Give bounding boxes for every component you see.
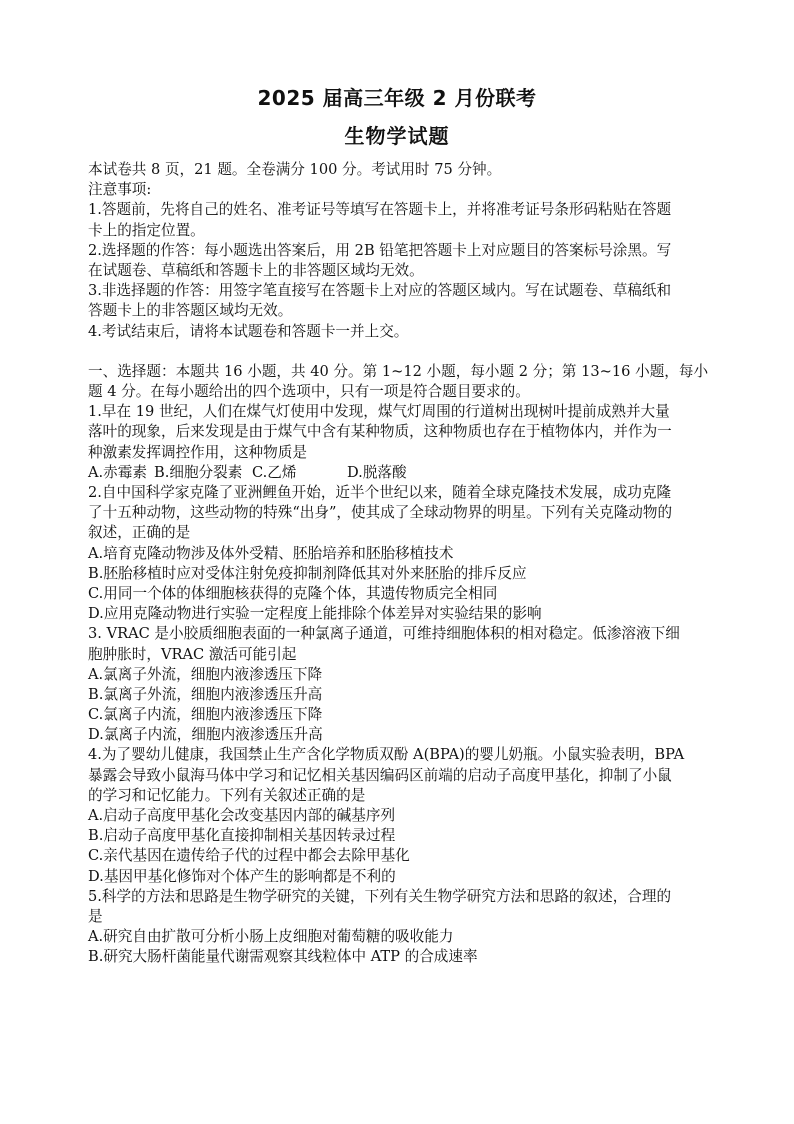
notice-heading: 注意事项: — [88, 180, 714, 200]
section-heading: 一、选择题：本题共 16 小题，共 40 分。第 1~12 小题，每小题 2 分… — [88, 362, 714, 402]
option-d: D.应用克隆动物进行实验一定程度上能排除个体差异对实验结果的影响 — [88, 604, 714, 624]
exam-subject-title: 生物学试题 — [0, 120, 794, 149]
option-c: C.亲代基因在遗传给子代的过程中都会去除甲基化 — [88, 846, 714, 866]
option-a: A.研究自由扩散可分析小肠上皮细胞对葡萄糖的吸收能力 — [88, 927, 714, 947]
notice-2: 2.选择题的作答：每小题选出答案后，用 2B 铅笔把答题卡上对应题目的答案标号涂… — [88, 241, 714, 281]
option-b: B.研究大肠杆菌能量代谢需观察其线粒体中 ATP 的合成速率 — [88, 947, 714, 967]
option-b: B.氯离子外流，细胞内液渗透压升高 — [88, 685, 714, 705]
question-1: 1.早在 19 世纪，人们在煤气灯使用中发现，煤气灯周围的行道树出现树叶提前成熟… — [88, 402, 714, 483]
question-stem: 1.早在 19 世纪，人们在煤气灯使用中发现，煤气灯周围的行道树出现树叶提前成熟… — [88, 402, 714, 422]
section-heading-text: 题 4 分。在每小题给出的四个选项中，只有一项是符合题目要求的。 — [88, 382, 714, 402]
option-d: D.基因甲基化修饰对个体产生的影响都是不利的 — [88, 867, 714, 887]
notice-text: 4.考试结束后，请将本试题卷和答题卡一并上交。 — [88, 322, 714, 342]
option-a: A.赤霉素 — [88, 463, 154, 483]
question-stem: 叙述，正确的是 — [88, 523, 714, 543]
notice-text: 1.答题前，先将自己的姓名、准考证号等填写在答题卡上，并将准考证号条形码粘贴在答… — [88, 200, 714, 220]
notice-text: 在试题卷、草稿纸和答题卡上的非答题区域均无效。 — [88, 261, 714, 281]
option-a: A.启动子高度甲基化会改变基因内部的碱基序列 — [88, 806, 714, 826]
question-4: 4.为了婴幼儿健康，我国禁止生产含化学物质双酚 A(BPA)的婴儿奶瓶。小鼠实验… — [88, 745, 714, 886]
question-stem: 了十五种动物，这些动物的特殊“出身”，使其成了全球动物界的明星。下列有关克隆动物… — [88, 503, 714, 523]
option-a: A.氯离子外流，细胞内液渗透压下降 — [88, 665, 714, 685]
question-stem: 3. VRAC 是小胶质细胞表面的一种氯离子通道，可维持细胞体积的相对稳定。低渗… — [88, 624, 714, 644]
question-2: 2.自中国科学家克隆了亚洲鲤鱼开始，近半个世纪以来，随着全球克隆技术发展，成功克… — [88, 483, 714, 624]
exam-summary: 本试卷共 8 页，21 题。全卷满分 100 分。考试用时 75 分钟。 — [88, 160, 714, 180]
option-c: C.乙烯 — [252, 463, 347, 483]
question-stem: 落叶的现象，后来发现是由于煤气中含有某种物质，这种物质也存在于植物体内，并作为一 — [88, 422, 714, 442]
notice-1: 1.答题前，先将自己的姓名、准考证号等填写在答题卡上，并将准考证号条形码粘贴在答… — [88, 200, 714, 240]
option-a: A.培育克隆动物涉及体外受精、胚胎培养和胚胎移植技术 — [88, 544, 714, 564]
option-c: C.氯离子内流，细胞内液渗透压下降 — [88, 705, 714, 725]
exam-title: 2025 届高三年级 2 月份联考 — [0, 82, 794, 111]
notice-text: 2.选择题的作答：每小题选出答案后，用 2B 铅笔把答题卡上对应题目的答案标号涂… — [88, 241, 714, 261]
option-b: B.细胞分裂素 — [154, 463, 252, 483]
notice-text: 答题卡上的非答题区域均无效。 — [88, 301, 714, 321]
notice-4: 4.考试结束后，请将本试题卷和答题卡一并上交。 — [88, 322, 714, 342]
question-stem: 是 — [88, 907, 714, 927]
spacer — [88, 342, 714, 362]
question-stem: 4.为了婴幼儿健康，我国禁止生产含化学物质双酚 A(BPA)的婴儿奶瓶。小鼠实验… — [88, 745, 714, 765]
option-d: D.氯离子内流，细胞内液渗透压升高 — [88, 725, 714, 745]
question-stem: 的学习和记忆能力。下列有关叙述正确的是 — [88, 786, 714, 806]
notice-text: 卡上的指定位置。 — [88, 221, 714, 241]
question-stem: 5.科学的方法和思路是生物学研究的关键，下列有关生物学研究方法和思路的叙述，合理… — [88, 887, 714, 907]
question-stem: 暴露会导致小鼠海马体中学习和记忆相关基因编码区前端的启动子高度甲基化，抑制了小鼠 — [88, 766, 714, 786]
notice-text: 3.非选择题的作答：用签字笔直接写在答题卡上对应的答题区域内。写在试题卷、草稿纸… — [88, 281, 714, 301]
question-options: A.赤霉素B.细胞分裂素C.乙烯D.脱落酸 — [88, 463, 714, 483]
question-stem: 2.自中国科学家克隆了亚洲鲤鱼开始，近半个世纪以来，随着全球克隆技术发展，成功克… — [88, 483, 714, 503]
question-stem: 种激素发挥调控作用，这种物质是 — [88, 443, 714, 463]
option-d: D.脱落酸 — [347, 463, 407, 483]
section-heading-text: 一、选择题：本题共 16 小题，共 40 分。第 1~12 小题，每小题 2 分… — [88, 362, 714, 382]
option-b: B.启动子高度甲基化直接抑制相关基因转录过程 — [88, 826, 714, 846]
option-c: C.用同一个体的体细胞核获得的克隆个体，其遗传物质完全相同 — [88, 584, 714, 604]
question-3: 3. VRAC 是小胶质细胞表面的一种氯离子通道，可维持细胞体积的相对稳定。低渗… — [88, 624, 714, 745]
question-5: 5.科学的方法和思路是生物学研究的关键，下列有关生物学研究方法和思路的叙述，合理… — [88, 887, 714, 968]
notice-3: 3.非选择题的作答：用签字笔直接写在答题卡上对应的答题区域内。写在试题卷、草稿纸… — [88, 281, 714, 321]
exam-body: 本试卷共 8 页，21 题。全卷满分 100 分。考试用时 75 分钟。 注意事… — [88, 160, 714, 968]
question-stem: 胞肿胀时，VRAC 激活可能引起 — [88, 645, 714, 665]
option-b: B.胚胎移植时应对受体注射免疫抑制剂降低其对外来胚胎的排斥反应 — [88, 564, 714, 584]
